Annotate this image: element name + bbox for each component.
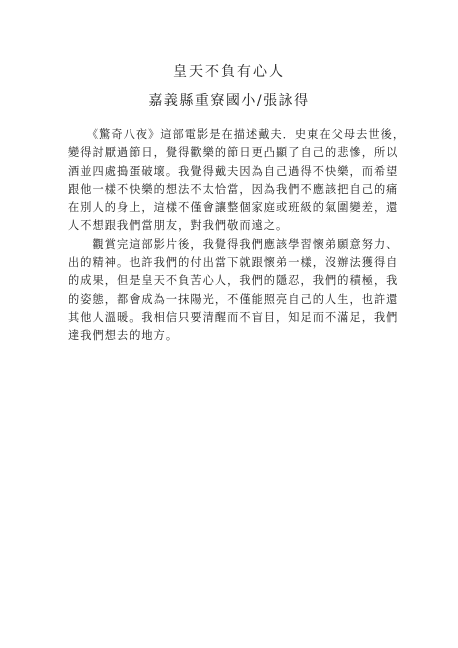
text-line: 跟他一樣不快樂的想法不太恰當，因為我們不應該把自己的痛苦宣洩 bbox=[68, 181, 398, 199]
text-line: 變得討厭過節日，覺得歡樂的節日更凸顯了自己的悲慘，所以開始酗 bbox=[68, 144, 398, 162]
text-line: 觀賞完這部影片後，我覺得我們應該學習懷弟願意努力、願意付 bbox=[68, 236, 398, 254]
essay-body: 《驚奇八夜》這部電影是在描述戴夫．史東在父母去世後，開始 變得討厭過節日，覺得歡… bbox=[68, 126, 398, 346]
text-line: 的成果，但是皇天不負苦心人，我們的隱忍，我們的積極，我們努力 bbox=[68, 272, 398, 290]
author-line: 嘉義縣重寮國小/張詠得 bbox=[0, 92, 458, 110]
paragraph-2: 觀賞完這部影片後，我覺得我們應該學習懷弟願意努力、願意付 出的精神。也許我們的付… bbox=[68, 236, 398, 346]
text-line: 《驚奇八夜》這部電影是在描述戴夫．史東在父母去世後，開始 bbox=[68, 126, 398, 144]
paragraph-1: 《驚奇八夜》這部電影是在描述戴夫．史東在父母去世後，開始 變得討厭過節日，覺得歡… bbox=[68, 126, 398, 236]
text-line: 酒並四處搗蛋破壞。我覺得戴夫因為自己過得不快樂，而希望大家都 bbox=[68, 163, 398, 181]
text-line: 人不想跟我們當朋友，對我們敬而遠之。 bbox=[68, 217, 398, 235]
text-line: 的姿態，都會成為一抹陽光，不僅能照亮自己的人生，也許還能帶給 bbox=[68, 291, 398, 309]
text-line: 在別人的身上，這樣不僅會讓整個家庭或班級的氣圍變差，還會讓別 bbox=[68, 199, 398, 217]
text-line: 達我們想去的地方。 bbox=[68, 327, 398, 345]
document-page: 皇天不負有心人 嘉義縣重寮國小/張詠得 《驚奇八夜》這部電影是在描述戴夫．史東在… bbox=[0, 0, 458, 648]
essay-title: 皇天不負有心人 bbox=[0, 63, 458, 81]
text-line: 出的精神。也許我們的付出當下就跟懷弟一樣，沒辦法獲得自己想要 bbox=[68, 254, 398, 272]
text-line: 其他人溫暖。我相信只要清醒而不盲目，知足而不滿足，我們定能抵 bbox=[68, 309, 398, 327]
